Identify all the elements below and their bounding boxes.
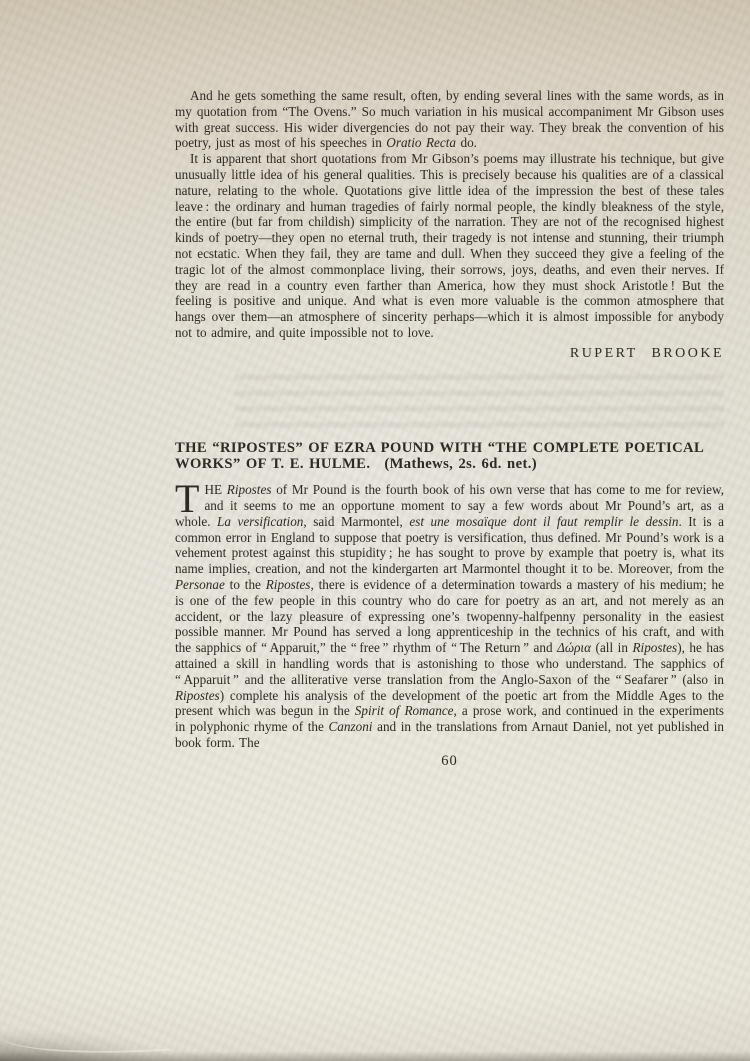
brooke-paragraph-2: It is apparent that short quotations fro… (175, 151, 724, 341)
page-showthrough-ghost (235, 370, 724, 432)
brooke-paragraph-1: And he gets something the same result, o… (175, 88, 724, 151)
scanned-book-page: And he gets something the same result, o… (0, 0, 750, 1061)
page-number: 60 (175, 754, 724, 770)
drop-cap: T (175, 482, 204, 513)
author-signature: RUPERT BROOKE (175, 346, 724, 362)
publisher-note: (Mathews, 2s. 6d. net.) (384, 456, 537, 472)
page-curl-bottom-left (0, 1019, 230, 1061)
review-paragraph: THE Ripostes of Mr Pound is the fourth b… (175, 482, 724, 751)
review-text: HE Ripostes of Mr Pound is the fourth bo… (175, 482, 724, 750)
text-block: And he gets something the same result, o… (175, 88, 724, 769)
review-heading: THE “RIPOSTES” OF EZRA POUND WITH “THE C… (175, 440, 724, 474)
